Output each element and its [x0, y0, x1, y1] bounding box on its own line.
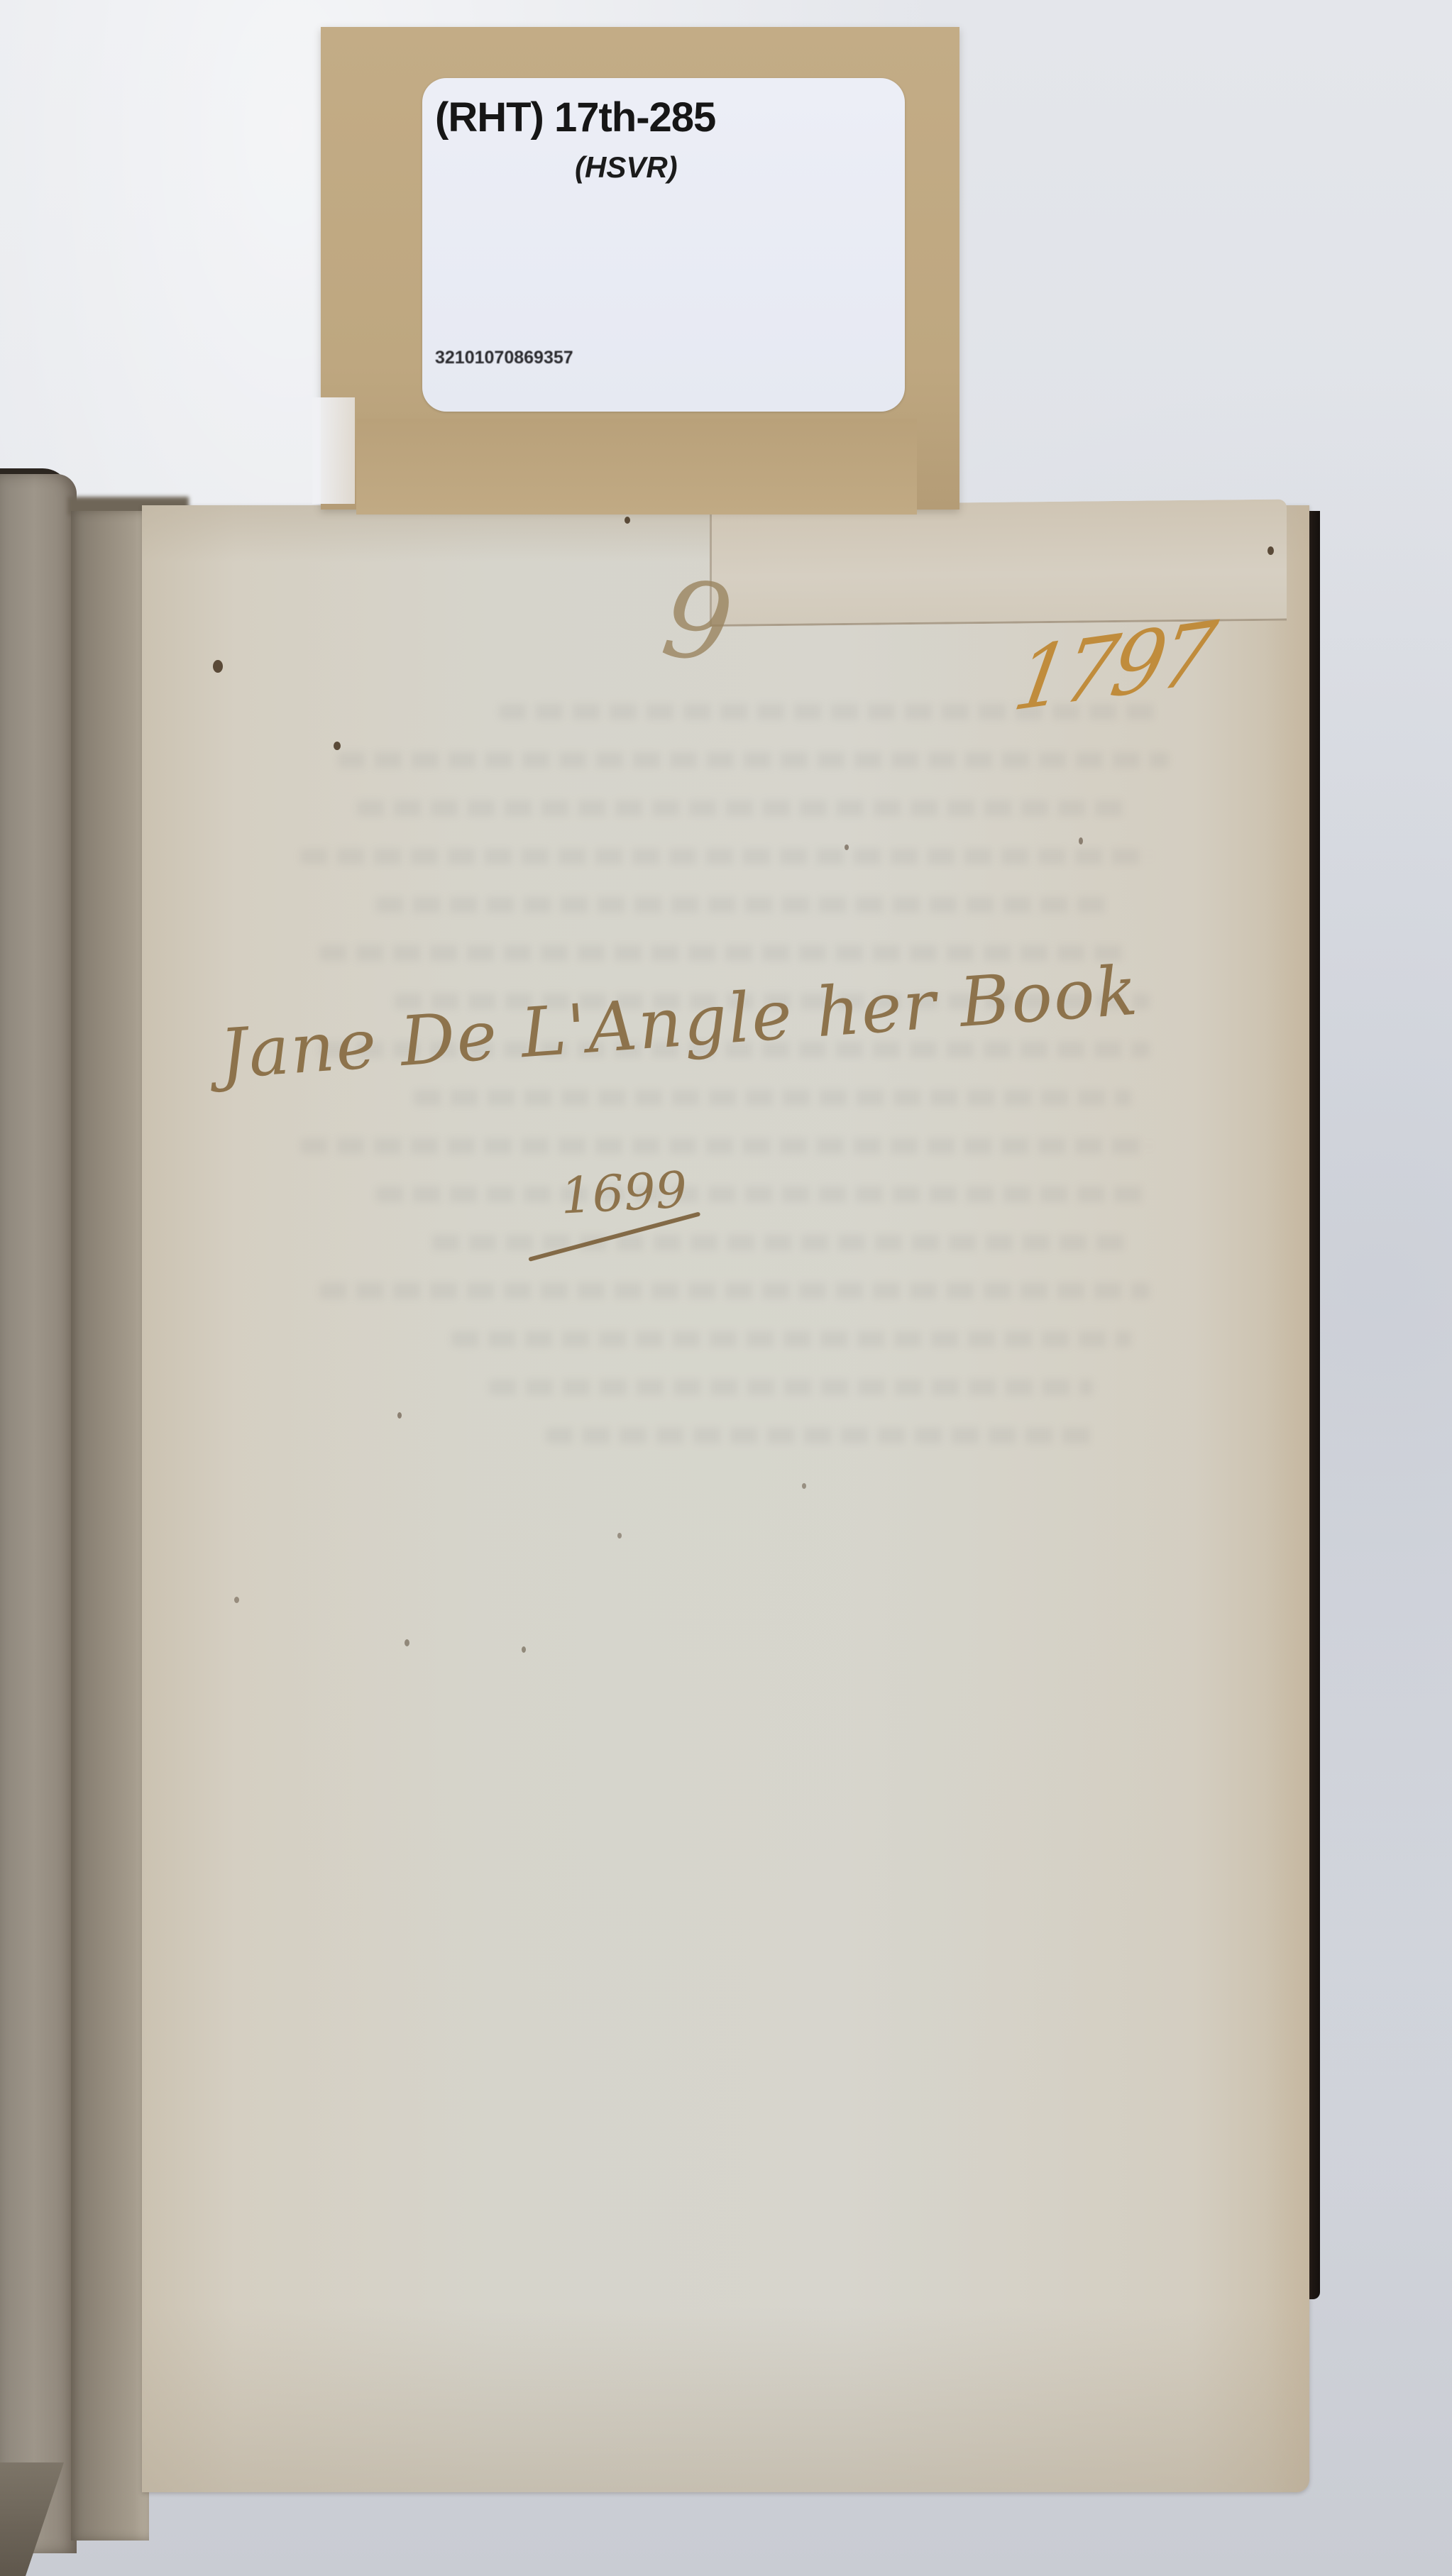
- foxing-speck: [625, 517, 630, 524]
- ghost-line: [300, 849, 1150, 864]
- ghost-line: [300, 1138, 1150, 1154]
- ghost-line: [357, 800, 1131, 816]
- foxing-speck: [1267, 546, 1274, 555]
- ghost-line: [376, 897, 1112, 913]
- foxing-speck: [1079, 837, 1083, 844]
- flag-lower-fold: [356, 419, 917, 514]
- foxing-speck: [334, 742, 341, 750]
- page-fore-edge-tone: [1267, 505, 1309, 2492]
- foxing-speck: [213, 660, 223, 673]
- show-through-text: [263, 704, 1206, 2052]
- call-number: (RHT) 17th-285: [435, 94, 715, 141]
- page-bottom-tone: [142, 2308, 1309, 2492]
- location-code: (HSVR): [575, 150, 678, 185]
- foxing-speck: [405, 1639, 409, 1646]
- ghost-line: [319, 945, 1131, 961]
- inscription-year: 1699: [559, 1160, 688, 1225]
- ghost-line: [451, 1331, 1131, 1347]
- ghost-line: [489, 1380, 1093, 1395]
- ghost-line: [376, 1187, 1150, 1202]
- flyleaf-page: [142, 505, 1309, 2492]
- left-facing-page: [0, 474, 77, 2553]
- ghost-line: [432, 1235, 1131, 1250]
- call-number-label: (RHT) 17th-285 (HSVR) 32101070869357: [422, 78, 905, 412]
- flag-notch: [312, 397, 355, 504]
- foxing-speck: [617, 1533, 622, 1539]
- ghost-line: [546, 1428, 1093, 1443]
- ghost-line: [319, 1283, 1150, 1299]
- foxing-speck: [845, 844, 849, 850]
- foxing-speck: [397, 1412, 402, 1419]
- ghost-line: [338, 752, 1168, 768]
- foxing-speck: [522, 1646, 526, 1653]
- book-gutter: [71, 511, 149, 2541]
- barcode-number: 32101070869357: [435, 348, 573, 368]
- foxing-speck: [802, 1483, 806, 1489]
- ghost-line: [414, 1090, 1131, 1106]
- foxing-speck: [234, 1597, 239, 1603]
